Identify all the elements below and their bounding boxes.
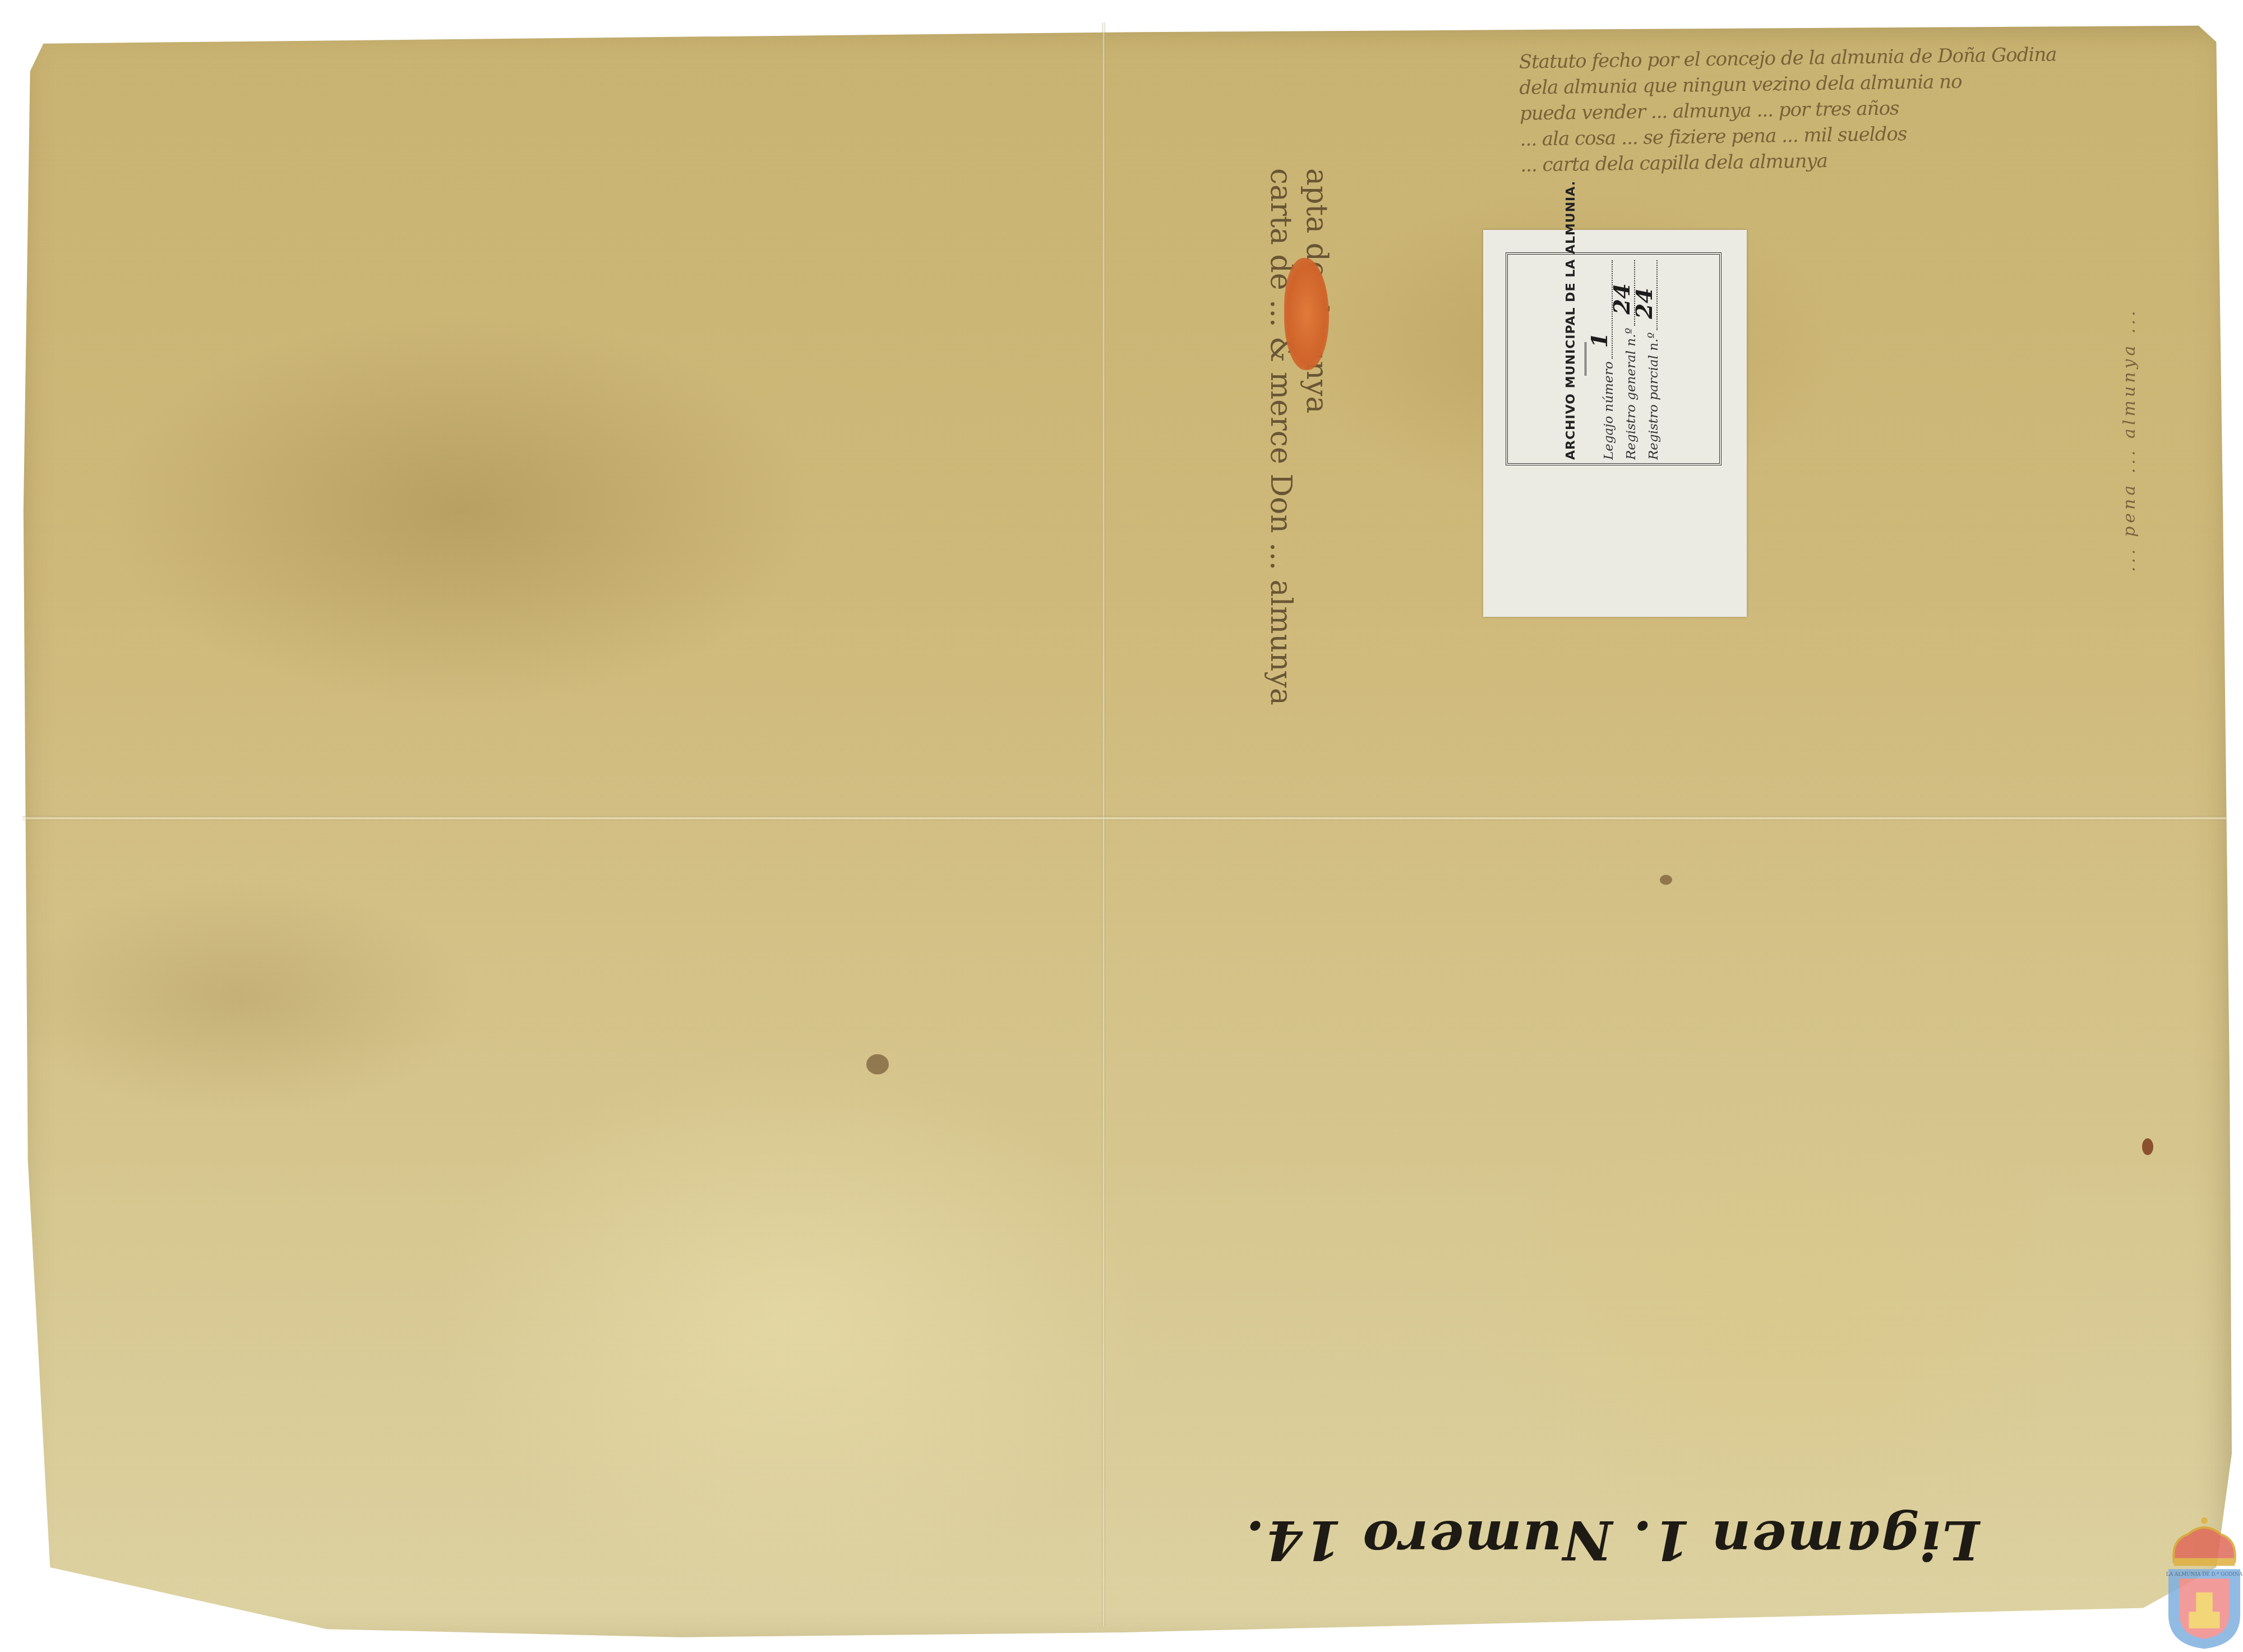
title-line: carta de ... & merce Don ... almunya (1263, 168, 1299, 673)
coat-of-arms-icon: LA ALMUNIA DE D.ª GODINA (2166, 1508, 2243, 1652)
field-label: Legajo número (1601, 362, 1616, 460)
field-label: Registro parcial n.º (1646, 333, 1660, 460)
stain (866, 1054, 889, 1074)
field-value: 24 (1631, 288, 1657, 319)
stain (2142, 1138, 2153, 1155)
vertical-fold-line (1102, 22, 1105, 1626)
right-margin-note: ... pena ... almunya ... (2120, 67, 2164, 572)
label-title: ARCHIVO MUNICIPAL DE LA ALMUNIA. (1563, 258, 1577, 460)
label-field-registro-parcial: Registro parcial n.º 24 (1645, 258, 1660, 460)
crest-motto: LA ALMUNIA DE D.ª GODINA (2166, 1572, 2243, 1577)
bottom-inverted-inscription: Ligamen 1. Numero 14. (1419, 1508, 1979, 1572)
archive-label: ARCHIVO MUNICIPAL DE LA ALMUNIA. Legajo … (1483, 230, 1747, 617)
title-line: apta de almunya (1299, 168, 1335, 673)
stain (1660, 875, 1672, 885)
parchment-sheet (17, 22, 2232, 1649)
rotated-handwritten-title: apta de almunya carta de ... & merce Don… (1166, 168, 1335, 673)
horizontal-fold-line (22, 816, 2226, 820)
field-label: Registro general n.º (1623, 328, 1638, 460)
top-right-handwritten-note: Statuto fecho por el concejo de la almun… (1519, 40, 2137, 178)
field-value: 1 (1586, 333, 1612, 348)
